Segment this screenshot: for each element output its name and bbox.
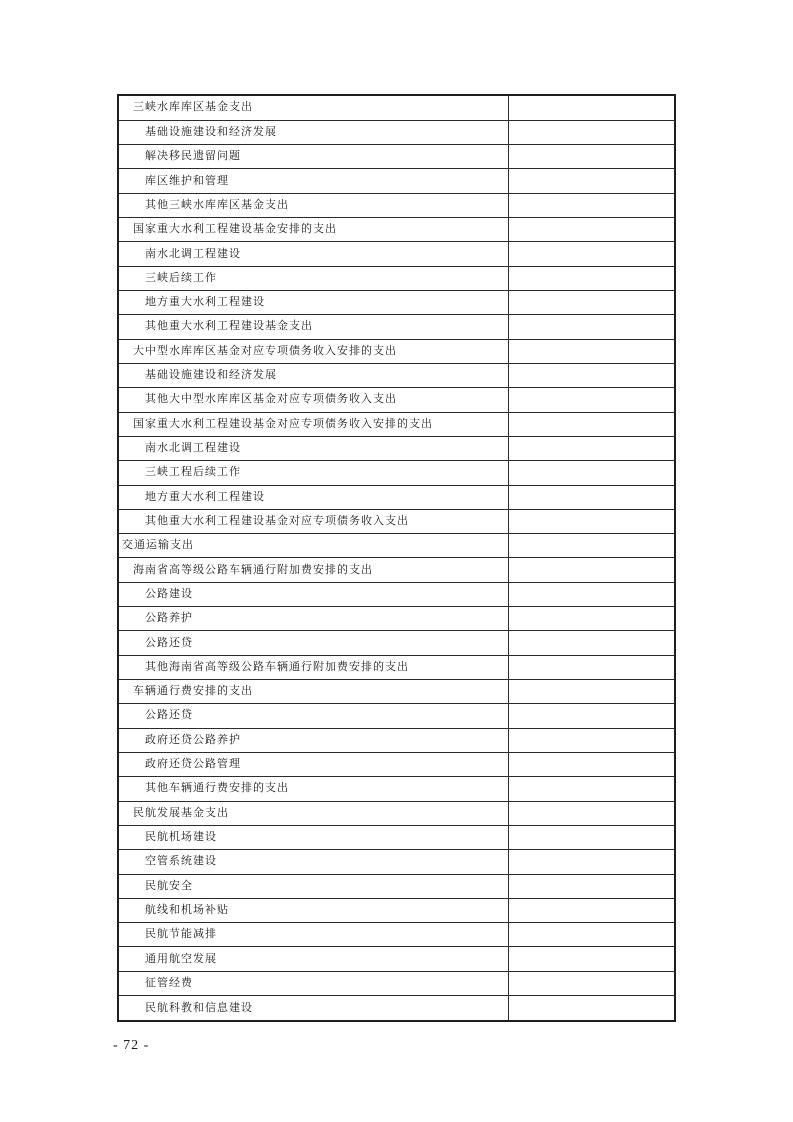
value-cell xyxy=(508,631,675,655)
table-row: 征管经费 xyxy=(118,971,675,995)
table-row: 国家重大水利工程建设基金对应专项债务收入安排的支出 xyxy=(118,412,675,436)
value-cell xyxy=(508,95,675,120)
value-cell xyxy=(508,339,675,363)
value-cell xyxy=(508,509,675,533)
value-cell xyxy=(508,169,675,193)
item-cell: 民航安全 xyxy=(118,874,508,898)
value-cell xyxy=(508,388,675,412)
item-cell: 地方重大水利工程建设 xyxy=(118,485,508,509)
value-cell xyxy=(508,363,675,387)
item-cell: 民航节能减排 xyxy=(118,923,508,947)
table-row: 其他重大水利工程建设基金对应专项债务收入支出 xyxy=(118,509,675,533)
value-cell xyxy=(508,266,675,290)
item-cell: 政府还贷公路管理 xyxy=(118,752,508,776)
table-row: 公路还贷 xyxy=(118,631,675,655)
value-cell xyxy=(508,558,675,582)
value-cell xyxy=(508,412,675,436)
item-cell: 民航科教和信息建设 xyxy=(118,996,508,1021)
item-cell: 交通运输支出 xyxy=(118,534,508,558)
table-row: 地方重大水利工程建设 xyxy=(118,291,675,315)
item-cell: 其他重大水利工程建设基金对应专项债务收入支出 xyxy=(118,509,508,533)
item-cell: 通用航空发展 xyxy=(118,947,508,971)
table-row: 交通运输支出 xyxy=(118,534,675,558)
item-cell: 库区维护和管理 xyxy=(118,169,508,193)
table-row: 地方重大水利工程建设 xyxy=(118,485,675,509)
value-cell xyxy=(508,120,675,144)
item-cell: 其他重大水利工程建设基金支出 xyxy=(118,315,508,339)
item-cell: 公路养护 xyxy=(118,607,508,631)
item-cell: 其他车辆通行费安排的支出 xyxy=(118,777,508,801)
value-cell xyxy=(508,655,675,679)
value-cell xyxy=(508,534,675,558)
table-row: 公路还贷 xyxy=(118,704,675,728)
table-row: 三峡水库库区基金支出 xyxy=(118,95,675,120)
value-cell xyxy=(508,315,675,339)
item-cell: 公路建设 xyxy=(118,582,508,606)
value-cell xyxy=(508,582,675,606)
item-cell: 南水北调工程建设 xyxy=(118,242,508,266)
item-cell: 公路还贷 xyxy=(118,631,508,655)
table-row: 航线和机场补贴 xyxy=(118,898,675,922)
table-row: 民航发展基金支出 xyxy=(118,801,675,825)
value-cell xyxy=(508,971,675,995)
item-cell: 其他大中型水库库区基金对应专项债务收入支出 xyxy=(118,388,508,412)
item-cell: 公路还贷 xyxy=(118,704,508,728)
item-cell: 解决移民遗留问题 xyxy=(118,145,508,169)
item-cell: 国家重大水利工程建设基金安排的支出 xyxy=(118,218,508,242)
value-cell xyxy=(508,801,675,825)
table-row: 民航安全 xyxy=(118,874,675,898)
table-row: 三峡工程后续工作 xyxy=(118,461,675,485)
value-cell xyxy=(508,728,675,752)
table-row: 三峡后续工作 xyxy=(118,266,675,290)
value-cell xyxy=(508,242,675,266)
value-cell xyxy=(508,777,675,801)
table-row: 大中型水库库区基金对应专项债务收入安排的支出 xyxy=(118,339,675,363)
table-row: 公路养护 xyxy=(118,607,675,631)
value-cell xyxy=(508,850,675,874)
item-cell: 三峡工程后续工作 xyxy=(118,461,508,485)
table-row: 空管系统建设 xyxy=(118,850,675,874)
table-row: 其他重大水利工程建设基金支出 xyxy=(118,315,675,339)
table-row: 南水北调工程建设 xyxy=(118,242,675,266)
value-cell xyxy=(508,825,675,849)
value-cell xyxy=(508,436,675,460)
table-row: 南水北调工程建设 xyxy=(118,436,675,460)
item-cell: 海南省高等级公路车辆通行附加费安排的支出 xyxy=(118,558,508,582)
item-cell: 其他海南省高等级公路车辆通行附加费安排的支出 xyxy=(118,655,508,679)
table-row: 公路建设 xyxy=(118,582,675,606)
item-cell: 地方重大水利工程建设 xyxy=(118,291,508,315)
table-row: 其他大中型水库库区基金对应专项债务收入支出 xyxy=(118,388,675,412)
value-cell xyxy=(508,485,675,509)
page-number: - 72 - xyxy=(113,1038,149,1054)
value-cell xyxy=(508,461,675,485)
table-row: 其他车辆通行费安排的支出 xyxy=(118,777,675,801)
item-cell: 其他三峡水库库区基金支出 xyxy=(118,193,508,217)
table-row: 民航机场建设 xyxy=(118,825,675,849)
value-cell xyxy=(508,874,675,898)
item-cell: 征管经费 xyxy=(118,971,508,995)
value-cell xyxy=(508,704,675,728)
table-row: 其他三峡水库库区基金支出 xyxy=(118,193,675,217)
value-cell xyxy=(508,947,675,971)
value-cell xyxy=(508,752,675,776)
item-cell: 基础设施建设和经济发展 xyxy=(118,120,508,144)
item-cell: 航线和机场补贴 xyxy=(118,898,508,922)
item-cell: 空管系统建设 xyxy=(118,850,508,874)
value-cell xyxy=(508,218,675,242)
item-cell: 大中型水库库区基金对应专项债务收入安排的支出 xyxy=(118,339,508,363)
item-cell: 三峡水库库区基金支出 xyxy=(118,95,508,120)
table-row: 通用航空发展 xyxy=(118,947,675,971)
budget-table: 三峡水库库区基金支出基础设施建设和经济发展解决移民遗留问题库区维护和管理其他三峡… xyxy=(117,94,676,1022)
table-row: 车辆通行费安排的支出 xyxy=(118,680,675,704)
item-cell: 基础设施建设和经济发展 xyxy=(118,363,508,387)
value-cell xyxy=(508,923,675,947)
document-page: 三峡水库库区基金支出基础设施建设和经济发展解决移民遗留问题库区维护和管理其他三峡… xyxy=(0,0,793,1122)
item-cell: 民航机场建设 xyxy=(118,825,508,849)
table-row: 国家重大水利工程建设基金安排的支出 xyxy=(118,218,675,242)
table-row: 其他海南省高等级公路车辆通行附加费安排的支出 xyxy=(118,655,675,679)
table-row: 基础设施建设和经济发展 xyxy=(118,120,675,144)
table-row: 库区维护和管理 xyxy=(118,169,675,193)
value-cell xyxy=(508,145,675,169)
value-cell xyxy=(508,291,675,315)
item-cell: 国家重大水利工程建设基金对应专项债务收入安排的支出 xyxy=(118,412,508,436)
item-cell: 三峡后续工作 xyxy=(118,266,508,290)
table-row: 民航节能减排 xyxy=(118,923,675,947)
item-cell: 车辆通行费安排的支出 xyxy=(118,680,508,704)
table-row: 民航科教和信息建设 xyxy=(118,996,675,1021)
value-cell xyxy=(508,607,675,631)
item-cell: 南水北调工程建设 xyxy=(118,436,508,460)
value-cell xyxy=(508,996,675,1021)
table-row: 政府还贷公路养护 xyxy=(118,728,675,752)
value-cell xyxy=(508,193,675,217)
item-cell: 民航发展基金支出 xyxy=(118,801,508,825)
value-cell xyxy=(508,898,675,922)
table-row: 政府还贷公路管理 xyxy=(118,752,675,776)
table-row: 海南省高等级公路车辆通行附加费安排的支出 xyxy=(118,558,675,582)
item-cell: 政府还贷公路养护 xyxy=(118,728,508,752)
table-row: 基础设施建设和经济发展 xyxy=(118,363,675,387)
value-cell xyxy=(508,680,675,704)
table-row: 解决移民遗留问题 xyxy=(118,145,675,169)
budget-table-body: 三峡水库库区基金支出基础设施建设和经济发展解决移民遗留问题库区维护和管理其他三峡… xyxy=(118,95,675,1021)
